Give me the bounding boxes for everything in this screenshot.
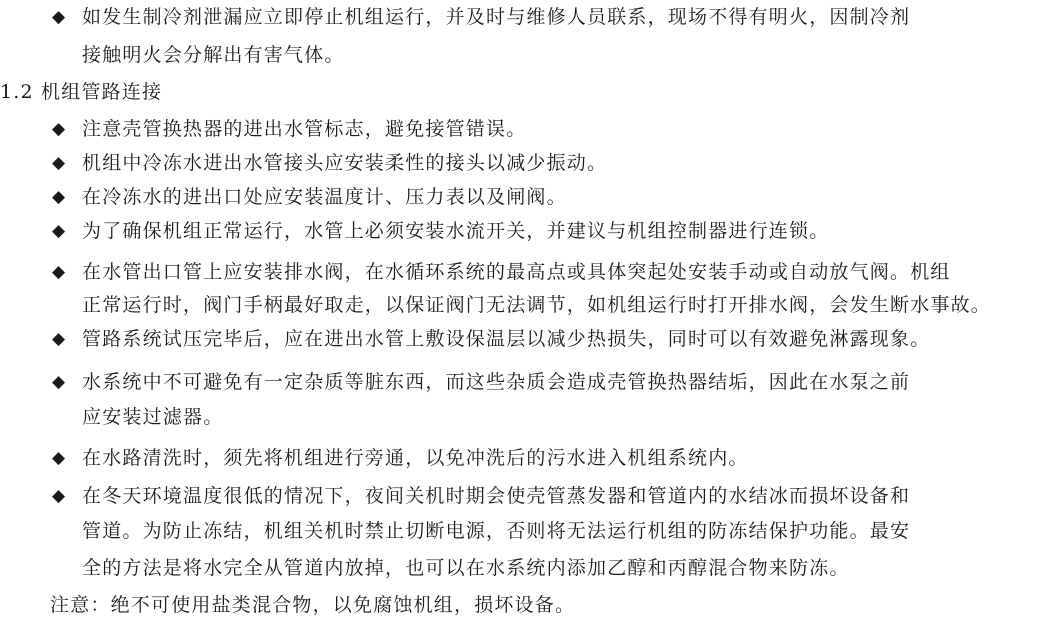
diamond-bullet-icon: ◆: [52, 148, 65, 179]
list-item: 在水路清洗时，须先将机组进行旁通，以免冲洗后的污水进入机组系统内。: [82, 443, 749, 474]
list-item-continuation: 正常运行时，阀门手柄最好取走，以保证阀门无法调节，如机组运行时打开排水阀，会发生…: [82, 290, 991, 321]
list-item-continuation: 应安装过滤器。: [82, 402, 223, 433]
list-item-continuation: 接触明火会分解出有害气体。: [82, 40, 345, 71]
list-item: 在水管出口管上应安装排水阀，在水循环系统的最高点或具体突起处安装手动或自动放气阀…: [82, 257, 951, 288]
list-item: 在冬天环境温度很低的情况下，夜间关机时期会使壳管蒸发器和管道内的水结冰而损坏设备…: [82, 481, 910, 512]
list-item: 注意壳管换热器的进出水管标志，避免接管错误。: [82, 114, 526, 145]
list-item: 在冷冻水的进出口处应安装温度计、压力表以及闸阀。: [82, 182, 567, 213]
list-item: 水系统中不可避免有一定杂质等脏东西，而这些杂质会造成壳管换热器结垢，因此在水泵之…: [82, 367, 910, 398]
warning-note: 注意：绝不可使用盐类混合物，以免腐蚀机组，损坏设备。: [50, 590, 575, 621]
diamond-bullet-icon: ◆: [52, 182, 65, 213]
diamond-bullet-icon: ◆: [52, 443, 65, 474]
diamond-bullet-icon: ◆: [52, 324, 65, 355]
list-item: 管路系统试压完毕后，应在进出水管上敷设保温层以减少热损失，同时可以有效避免淋露现…: [82, 324, 930, 355]
list-item: 为了确保机组正常运行，水管上必须安装水流开关，并建议与机组控制器进行连锁。: [82, 216, 829, 247]
section-heading: 1.2 机组管路连接: [0, 77, 162, 108]
list-item: 如发生制冷剂泄漏应立即停止机组运行，并及时与维修人员联系，现场不得有明火，因制冷…: [82, 2, 910, 33]
diamond-bullet-icon: ◆: [52, 257, 65, 288]
diamond-bullet-icon: ◆: [52, 367, 65, 398]
diamond-bullet-icon: ◆: [52, 481, 65, 512]
diamond-bullet-icon: ◆: [52, 216, 65, 247]
diamond-bullet-icon: ◆: [52, 114, 65, 145]
diamond-bullet-icon: ◆: [52, 2, 65, 33]
list-item-continuation: 全的方法是将水完全从管道内放掉，也可以在水系统内添加乙醇和丙醇混合物来防冻。: [82, 553, 850, 584]
list-item-continuation: 管道。为防止冻结，机组关机时禁止切断电源，否则将无法运行机组的防冻结保护功能。最…: [82, 516, 910, 547]
list-item: 机组中冷冻水进出水管接头应安装柔性的接头以减少振动。: [82, 148, 607, 179]
